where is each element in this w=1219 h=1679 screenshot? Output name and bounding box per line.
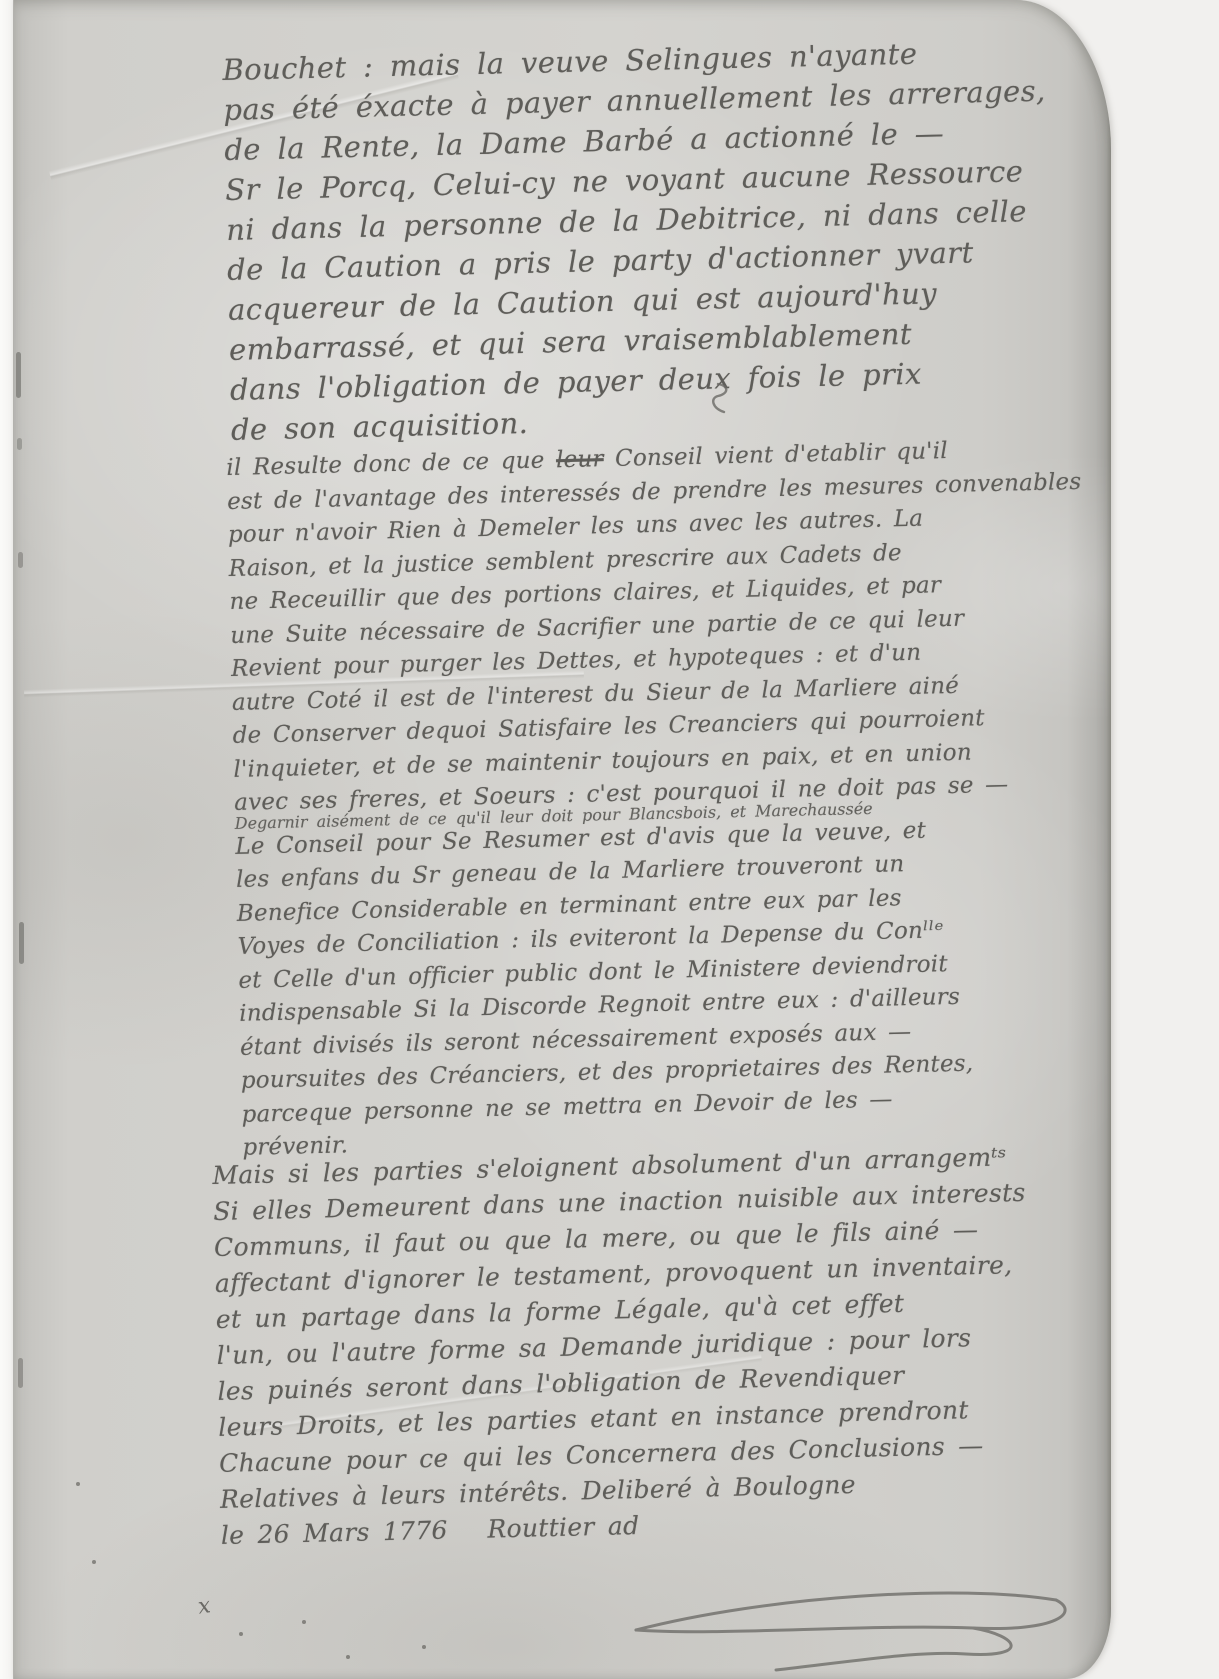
line-text: Conseil vient d'etablir qu'il xyxy=(603,438,948,472)
paper-speck xyxy=(76,1482,80,1486)
struck-word: leur xyxy=(556,446,604,473)
ink-blot xyxy=(18,552,23,568)
ink-blot xyxy=(17,438,22,450)
ink-blot xyxy=(16,352,21,398)
paper-speck xyxy=(92,1560,96,1564)
paper-speck xyxy=(422,1645,426,1649)
scan-background: Bouchet : mais la veuve Selingues n'ayan… xyxy=(0,0,1219,1679)
line-text: il Resulte donc de ce que xyxy=(226,447,556,481)
paragraph-1: Bouchet : mais la veuve Selingues n'ayan… xyxy=(222,31,1054,450)
ink-squiggle xyxy=(708,382,738,416)
ink-blot xyxy=(18,1358,23,1388)
paragraph-3: Mais si les parties s'eloignent absolume… xyxy=(212,1139,1034,1554)
signature-flourish xyxy=(628,1578,1080,1678)
ink-blot xyxy=(19,922,24,964)
paragraph-2: il Resulte donc de ce que leur Conseil v… xyxy=(226,432,1097,1165)
paper-speck xyxy=(346,1655,350,1659)
paper-speck xyxy=(239,1632,243,1636)
paper-speck xyxy=(302,1620,306,1624)
